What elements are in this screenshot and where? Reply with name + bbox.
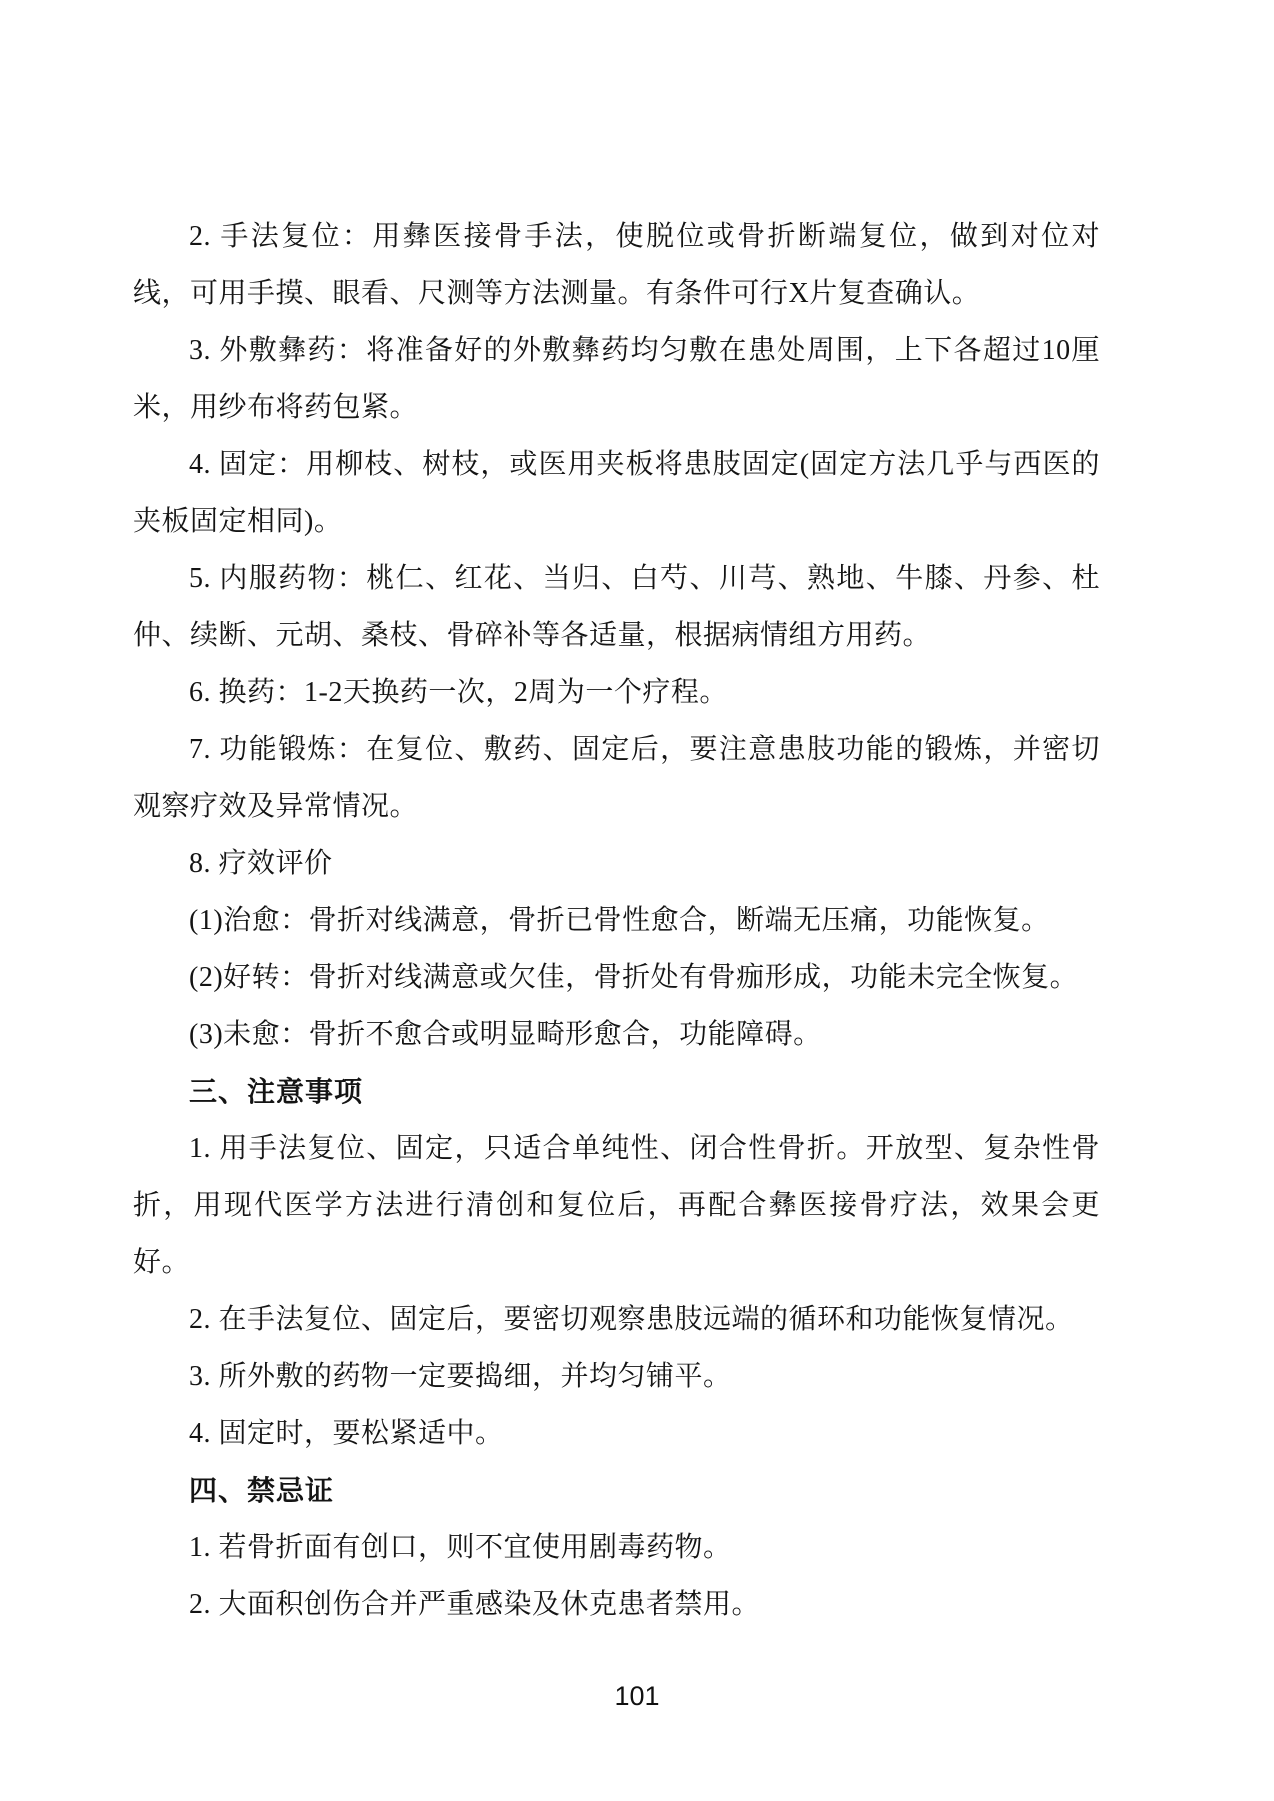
body-paragraph: (2)好转：骨折对线满意或欠佳，骨折处有骨痂形成，功能未完全恢复。 — [133, 949, 1100, 1006]
body-paragraph: 1. 若骨折面有创口，则不宜使用剧毒药物。 — [133, 1519, 1100, 1576]
body-paragraph: 2. 大面积创伤合并严重感染及休克患者禁用。 — [133, 1576, 1100, 1633]
document-body: 2. 手法复位：用彝医接骨手法，使脱位或骨折断端复位，做到对位对线，可用手摸、眼… — [133, 208, 1100, 1633]
body-paragraph: 4. 固定时，要松紧适中。 — [133, 1405, 1100, 1462]
body-paragraph: (1)治愈：骨折对线满意，骨折已骨性愈合，断端无压痛，功能恢复。 — [133, 892, 1100, 949]
body-paragraph: 1. 用手法复位、固定，只适合单纯性、闭合性骨折。开放型、复杂性骨折，用现代医学… — [133, 1120, 1100, 1291]
body-paragraph: (3)未愈：骨折不愈合或明显畸形愈合，功能障碍。 — [133, 1006, 1100, 1063]
section-heading: 四、禁忌证 — [133, 1462, 1100, 1519]
body-paragraph: 2. 手法复位：用彝医接骨手法，使脱位或骨折断端复位，做到对位对线，可用手摸、眼… — [133, 208, 1100, 322]
body-paragraph: 8. 疗效评价 — [133, 835, 1100, 892]
body-paragraph: 5. 内服药物：桃仁、红花、当归、白芍、川芎、熟地、牛膝、丹参、杜仲、续断、元胡… — [133, 550, 1100, 664]
body-paragraph: 4. 固定：用柳枝、树枝，或医用夹板将患肢固定(固定方法几乎与西医的夹板固定相同… — [133, 436, 1100, 550]
body-paragraph: 3. 外敷彝药：将准备好的外敷彝药均匀敷在患处周围，上下各超过10厘米，用纱布将… — [133, 322, 1100, 436]
body-paragraph: 7. 功能锻炼：在复位、敷药、固定后，要注意患肢功能的锻炼，并密切观察疗效及异常… — [133, 721, 1100, 835]
document-page: 2. 手法复位：用彝医接骨手法，使脱位或骨折断端复位，做到对位对线，可用手摸、眼… — [0, 0, 1274, 1801]
body-paragraph: 6. 换药：1-2天换药一次，2周为一个疗程。 — [133, 664, 1100, 721]
body-paragraph: 3. 所外敷的药物一定要捣细，并均匀铺平。 — [133, 1348, 1100, 1405]
body-paragraph: 2. 在手法复位、固定后，要密切观察患肢远端的循环和功能恢复情况。 — [133, 1291, 1100, 1348]
page-footer: 101 — [0, 1680, 1274, 1712]
page-number: 101 — [614, 1681, 659, 1711]
section-heading: 三、注意事项 — [133, 1063, 1100, 1120]
